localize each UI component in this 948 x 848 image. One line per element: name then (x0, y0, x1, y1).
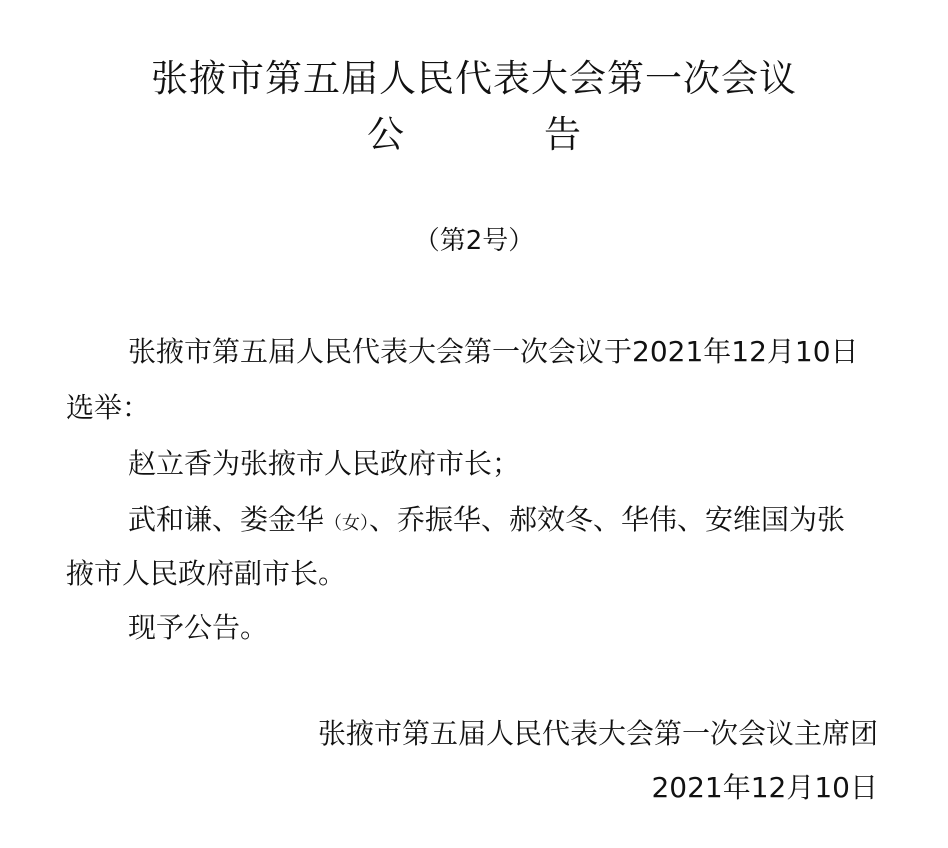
paragraph-1-line-1: 张掖市第五届人民代表大会第一次会议于2021年12月10日 (128, 330, 859, 370)
paragraph-4: 现予公告。 (128, 606, 268, 646)
paragraph-3-line-1: 武和谦、娄金华（女）、乔振华、郝效冬、华伟、安维国为张 (128, 498, 845, 538)
issuer: 张掖市第五届人民代表大会第一次会议主席团 (318, 712, 878, 752)
subtitle-left: 公 (367, 104, 404, 158)
deputy-names-part-1: 武和谦、娄金华 (128, 503, 324, 536)
document-title: 张掖市第五届人民代表大会第一次会议 (0, 48, 948, 102)
gender-note: （女） (324, 513, 369, 534)
paragraph-1-line-2: 选举： (66, 386, 150, 426)
subtitle-right: 告 (544, 104, 581, 158)
issue-date: 2021年12月10日 (651, 766, 878, 806)
document-subtitle: 公告 (0, 104, 948, 158)
deputy-names-part-2: 、乔振华、郝效冬、华伟、安维国为张 (369, 503, 845, 536)
paragraph-2: 赵立香为张掖市人民政府市长； (128, 442, 520, 482)
announcement-number: （第2号） (0, 220, 948, 257)
paragraph-3-line-2: 掖市人民政府副市长。 (66, 552, 346, 592)
